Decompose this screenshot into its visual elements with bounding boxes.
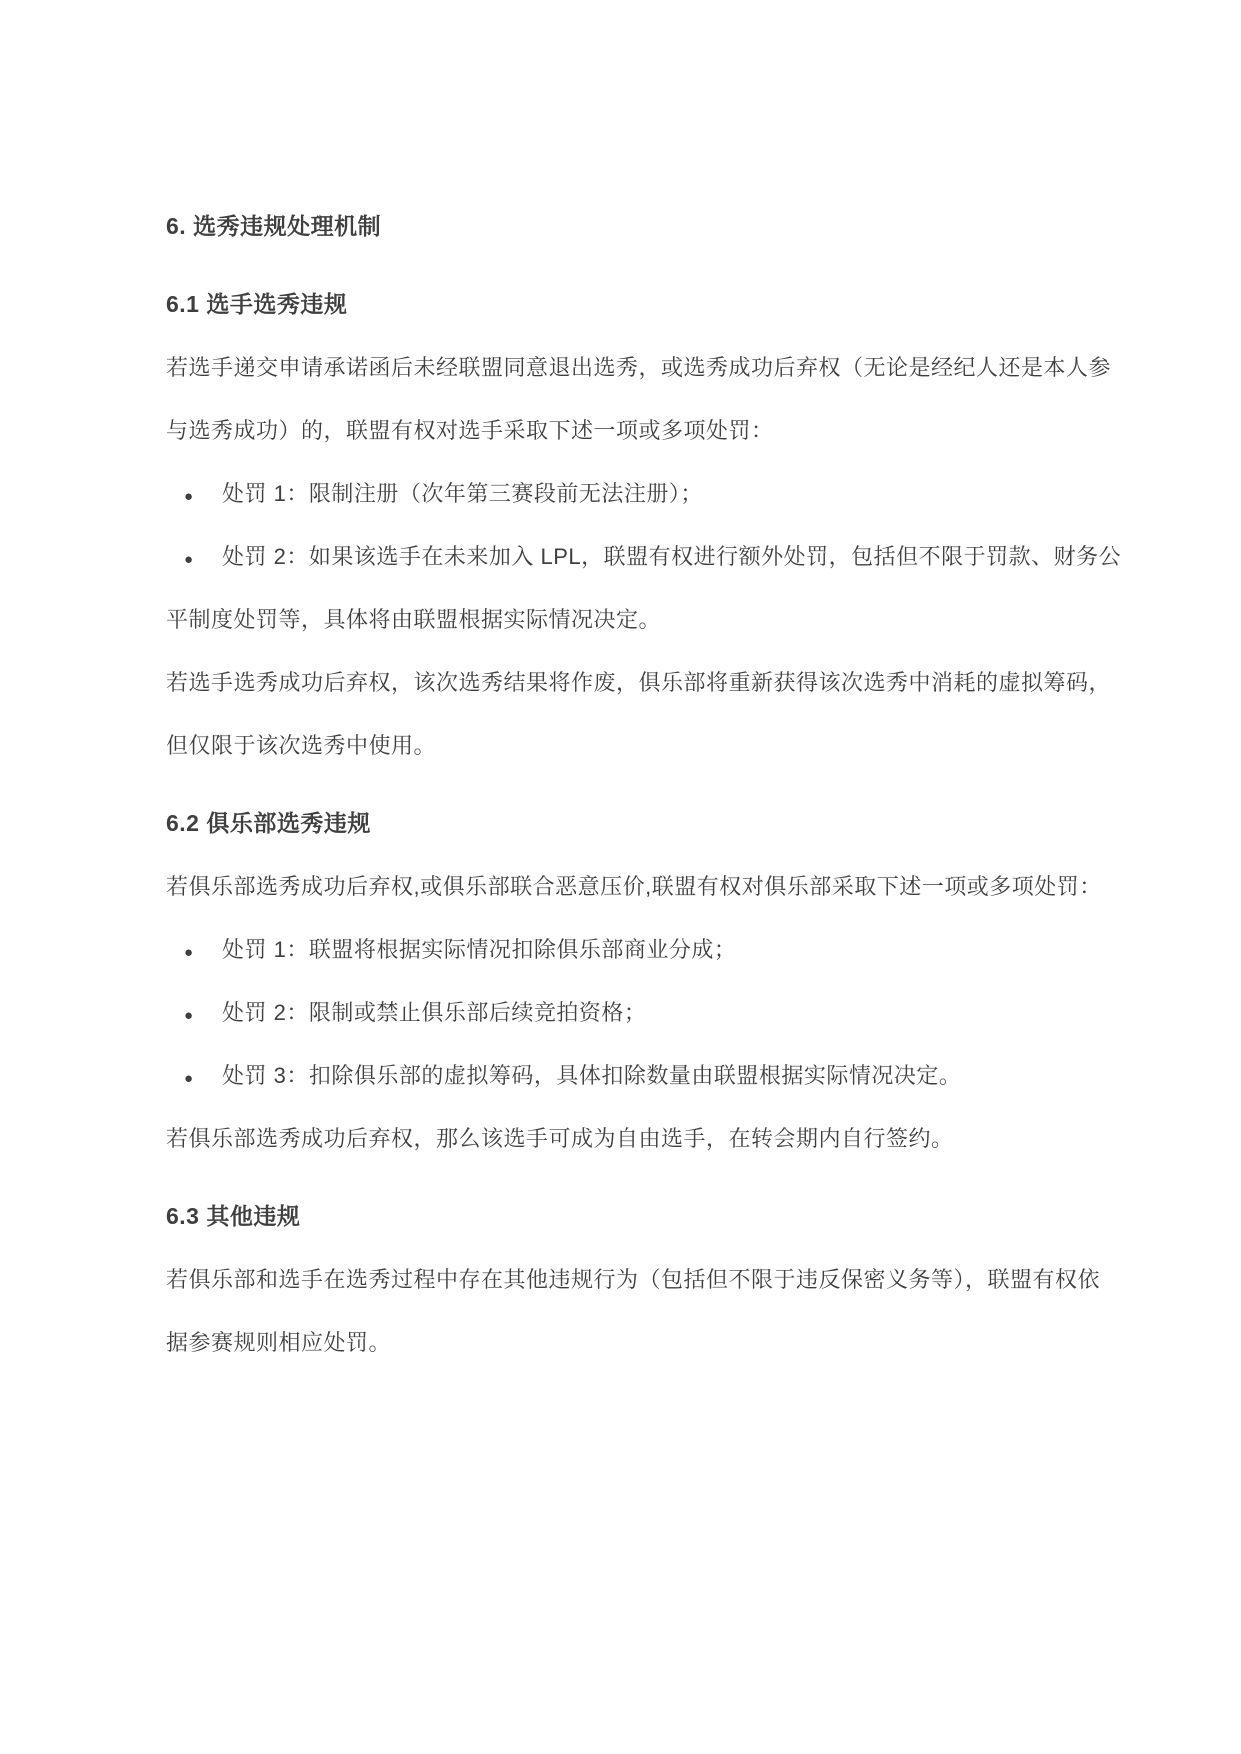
document-page: 6. 选秀违规处理机制 6.1 选手选秀违规 若选手递交申请承诺函后未经联盟同意… <box>0 0 1241 1754</box>
section-heading-6-1: 6.1 选手选秀违规 <box>166 273 1171 336</box>
bullet-item: ●处罚 2：如果该选手在未来加入 LPL，联盟有权进行额外处罚，包括但不限于罚款… <box>166 525 1171 588</box>
paragraph-line: 与选秀成功）的，联盟有权对选手采取下述一项或多项处罚： <box>166 399 1171 462</box>
paragraph-line: 若选手递交申请承诺函后未经联盟同意退出选秀，或选秀成功后弃权（无论是经纪人还是本… <box>166 336 1171 399</box>
paragraph-line: 但仅限于该次选秀中使用。 <box>166 714 1171 777</box>
paragraph-line: 若选手选秀成功后弃权，该次选秀结果将作废，俱乐部将重新获得该次选秀中消耗的虚拟筹… <box>166 651 1171 714</box>
bullet-text: 处罚 2：限制或禁止俱乐部后续竞拍资格； <box>222 1000 646 1025</box>
bullet-text: 处罚 2：如果该选手在未来加入 LPL，联盟有权进行额外处罚，包括但不限于罚款、… <box>222 544 1121 569</box>
section-heading-6-3: 6.3 其他违规 <box>166 1185 1171 1248</box>
paragraph-line: 若俱乐部选秀成功后弃权,或俱乐部联合恶意压价,联盟有权对俱乐部采取下述一项或多项… <box>166 855 1171 918</box>
section-heading-6: 6. 选秀违规处理机制 <box>166 195 1171 258</box>
bullet-item: ●处罚 2：限制或禁止俱乐部后续竞拍资格； <box>166 981 1171 1044</box>
bullet-continuation-line: 平制度处罚等，具体将由联盟根据实际情况决定。 <box>166 588 1171 651</box>
bullet-icon: ● <box>166 921 222 984</box>
bullet-item: ●处罚 1：限制注册（次年第三赛段前无法注册）； <box>166 462 1171 525</box>
section-heading-6-2: 6.2 俱乐部选秀违规 <box>166 792 1171 855</box>
bullet-text: 处罚 1：限制注册（次年第三赛段前无法注册）； <box>222 481 703 506</box>
bullet-text: 处罚 1：联盟将根据实际情况扣除俱乐部商业分成； <box>222 937 736 962</box>
paragraph-line: 若俱乐部和选手在选秀过程中存在其他违规行为（包括但不限于违反保密义务等），联盟有… <box>166 1248 1171 1311</box>
paragraph-line: 若俱乐部选秀成功后弃权，那么该选手可成为自由选手，在转会期内自行签约。 <box>166 1107 1171 1170</box>
bullet-icon: ● <box>166 984 222 1047</box>
paragraph-line: 据参赛规则相应处罚。 <box>166 1311 1171 1374</box>
bullet-item: ●处罚 3：扣除俱乐部的虚拟筹码，具体扣除数量由联盟根据实际情况决定。 <box>166 1044 1171 1107</box>
bullet-text: 处罚 3：扣除俱乐部的虚拟筹码，具体扣除数量由联盟根据实际情况决定。 <box>222 1063 961 1088</box>
bullet-icon: ● <box>166 465 222 528</box>
bullet-icon: ● <box>166 528 222 591</box>
bullet-item: ●处罚 1：联盟将根据实际情况扣除俱乐部商业分成； <box>166 918 1171 981</box>
bullet-icon: ● <box>166 1047 222 1110</box>
